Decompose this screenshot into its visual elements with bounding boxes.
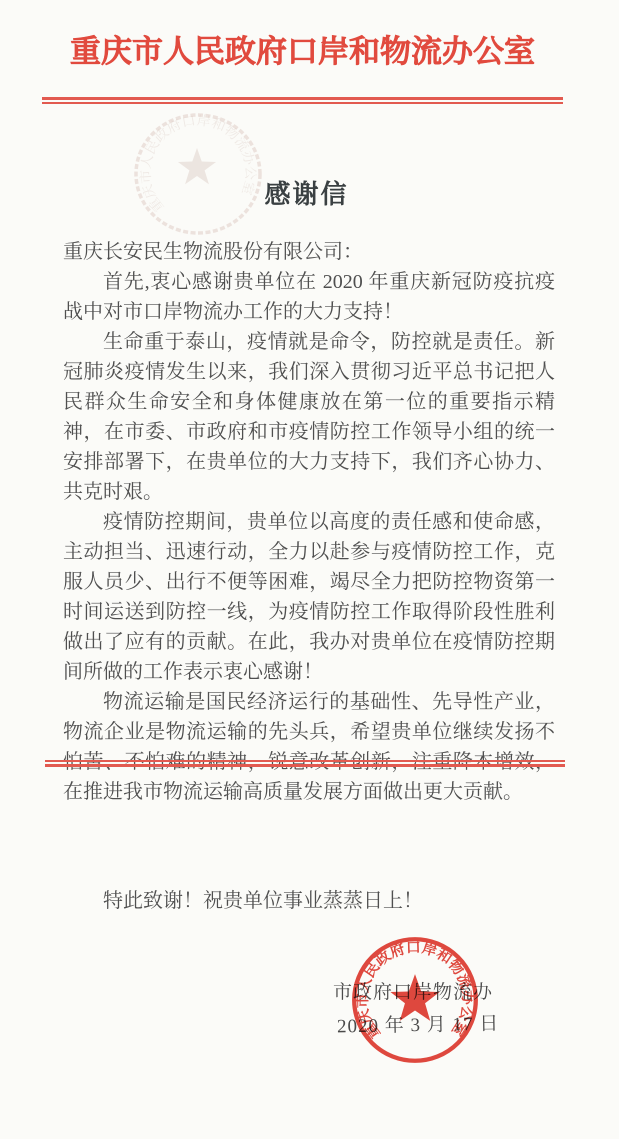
letterhead-title: 重庆市人民政府口岸和物流办公室 (0, 26, 605, 71)
official-seal-stamp: 重庆市人民政府口岸和物流办公室 (348, 933, 482, 1067)
letter-body: 重庆长安民生物流股份有限公司： 首先,衷心感谢贵单位在 2020 年重庆新冠防疫… (63, 237, 555, 807)
document-title: 感谢信 (0, 174, 613, 211)
body-paragraphs: 首先,衷心感谢贵单位在 2020 年重庆新冠防疫抗疫战中对市口岸物流办工作的大力… (63, 267, 555, 807)
body-paragraph: 疫情防控期间，贵单位以高度的责任感和使命感，主动担当、迅速行动，全力以赴参与疫情… (63, 507, 555, 687)
closing-line: 特此致谢！祝贵单位事业蒸蒸日上！ (63, 884, 555, 913)
salutation: 重庆长安民生物流股份有限公司： (63, 237, 555, 267)
footer-rule (45, 760, 565, 767)
seal-star-icon (390, 974, 439, 1021)
body-paragraph: 物流运输是国民经济运行的基础性、先导性产业，物流企业是物流运输的先头兵，希望贵单… (63, 687, 555, 807)
body-paragraph: 生命重于泰山，疫情就是命令，防控就是责任。新冠肺炎疫情发生以来，我们深入贯彻习近… (63, 327, 555, 507)
letter-page: 重庆市人民政府口岸和物流办公室 重庆市人民政府口岸和物流办公室 感谢信 重庆长安… (0, 0, 619, 1139)
letterhead-rule (42, 97, 563, 104)
body-paragraph: 首先,衷心感谢贵单位在 2020 年重庆新冠防疫抗疫战中对市口岸物流办工作的大力… (63, 267, 555, 327)
